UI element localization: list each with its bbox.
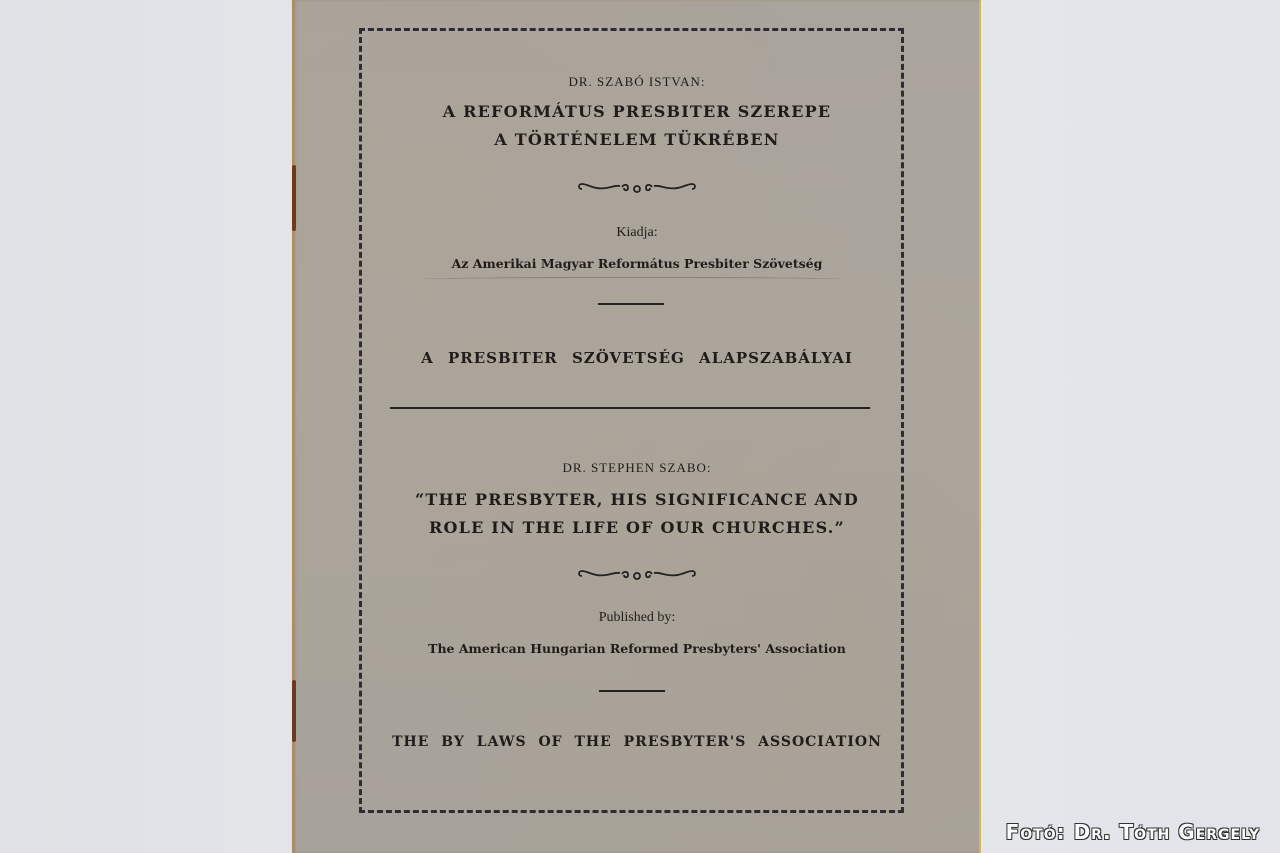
short-divider <box>598 303 664 305</box>
english-publisher-label: Published by: <box>293 610 981 626</box>
hungarian-publisher: Az Amerikai Magyar Református Presbiter … <box>293 256 981 271</box>
photo-credit-watermark: Fotó: Dr. Tóth Gergely <box>1006 820 1260 844</box>
english-bylaws-heading: THE BY LAWS OF THE PRESBYTER'S ASSOCIATI… <box>293 734 981 750</box>
english-author: DR. STEPHEN SZABO: <box>293 460 981 476</box>
staple-top <box>292 165 296 231</box>
booklet-cover: DR. SZABÓ ISTVAN: A REFORMÁTUS PRESBITER… <box>292 0 981 853</box>
hungarian-author: DR. SZABÓ ISTVAN: <box>293 74 981 90</box>
scroll-flourish-icon <box>576 568 698 582</box>
english-publisher: The American Hungarian Reformed Presbyte… <box>293 641 981 656</box>
staple-bottom <box>292 680 296 742</box>
long-divider <box>390 407 870 409</box>
hungarian-bylaws-heading: A PRESBITER SZÖVETSÉG ALAPSZABÁLYAI <box>293 349 981 367</box>
hungarian-title-line2: A TÖRTÉNELEM TÜKRÉBEN <box>293 130 981 149</box>
pencil-underline <box>423 277 843 281</box>
scroll-flourish-icon <box>576 181 698 195</box>
hungarian-title-line1: A REFORMÁTUS PRESBITER SZEREPE <box>293 102 981 121</box>
short-divider <box>599 690 665 692</box>
hungarian-publisher-label: Kiadja: <box>293 225 981 241</box>
english-title-line1: “THE PRESBYTER, HIS SIGNIFICANCE AND <box>293 490 981 509</box>
english-title-line2: ROLE IN THE LIFE OF OUR CHURCHES.” <box>293 518 981 537</box>
